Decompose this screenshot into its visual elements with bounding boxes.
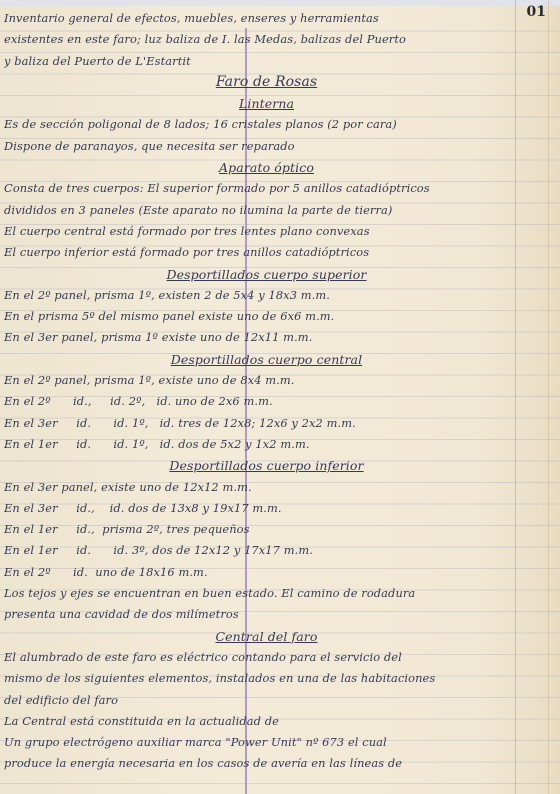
text-line: produce la energía necesaria en los caso… — [4, 753, 529, 774]
text-line: En el 3er id. id. 1º, id. tres de 12x8; … — [4, 413, 529, 434]
section-heading-linterna: Linterna — [4, 93, 529, 114]
text-line: del edificio del faro — [4, 690, 529, 711]
notebook-page: 01 Inventario general de efectos, mueble… — [0, 0, 560, 794]
page-number: 01 — [527, 4, 546, 20]
handwritten-text: Inventario general de efectos, muebles, … — [4, 8, 529, 775]
text-line: En el 3er id., id. dos de 13x8 y 19x17 m… — [4, 498, 529, 519]
text-line: El cuerpo inferior está formado por tres… — [4, 242, 529, 263]
text-line: Dispone de paranayos, que necesita ser r… — [4, 136, 529, 157]
text-line: Consta de tres cuerpos: El superior form… — [4, 178, 529, 199]
text-line: En el prisma 5º del mismo panel existe u… — [4, 306, 529, 327]
text-line: El alumbrado de este faro es eléctrico c… — [4, 647, 529, 668]
text-line: La Central está constituida en la actual… — [4, 711, 529, 732]
text-line: En el 2º id. uno de 18x16 m.m. — [4, 562, 529, 583]
section-heading-desp-superior: Desportillados cuerpo superior — [4, 264, 529, 285]
section-heading-desp-central: Desportillados cuerpo central — [4, 349, 529, 370]
text-line: Es de sección poligonal de 8 lados; 16 c… — [4, 114, 529, 135]
page-top-edge — [0, 0, 560, 6]
text-line: divididos en 3 paneles (Este aparato no … — [4, 200, 529, 221]
intro-line: Inventario general de efectos, muebles, … — [4, 8, 529, 29]
text-line: En el 3er panel, existe uno de 12x12 m.m… — [4, 477, 529, 498]
intro-line: existentes en este faro; luz baliza de I… — [4, 29, 529, 50]
text-line: En el 2º id., id. 2º, id. uno de 2x6 m.m… — [4, 391, 529, 412]
section-heading-central: Central del faro — [4, 626, 529, 647]
section-heading-desp-inferior: Desportillados cuerpo inferior — [4, 455, 529, 476]
text-line: En el 2º panel, prisma 1º, existe uno de… — [4, 370, 529, 391]
text-line: En el 3er panel, prisma 1º existe uno de… — [4, 327, 529, 348]
text-line: Los tejos y ejes se encuentran en buen e… — [4, 583, 529, 604]
text-line: presenta una cavidad de dos milímetros — [4, 604, 529, 625]
text-line: En el 1er id. id. 3º, dos de 12x12 y 17x… — [4, 540, 529, 561]
text-line: En el 2º panel, prisma 1º, existen 2 de … — [4, 285, 529, 306]
intro-line: y baliza del Puerto de L'Estartit — [4, 51, 529, 72]
document-title: Faro de Rosas — [4, 72, 529, 93]
section-heading-aparato-optico: Aparato óptico — [4, 157, 529, 178]
text-line: En el 1er id., prisma 2º, tres pequeños — [4, 519, 529, 540]
page-edge-rule — [548, 0, 549, 794]
text-line: El cuerpo central está formado por tres … — [4, 221, 529, 242]
text-line: mismo de los siguientes elementos, insta… — [4, 668, 529, 689]
text-line: Un grupo electrógeno auxiliar marca "Pow… — [4, 732, 529, 753]
text-line: En el 1er id. id. 1º, id. dos de 5x2 y 1… — [4, 434, 529, 455]
